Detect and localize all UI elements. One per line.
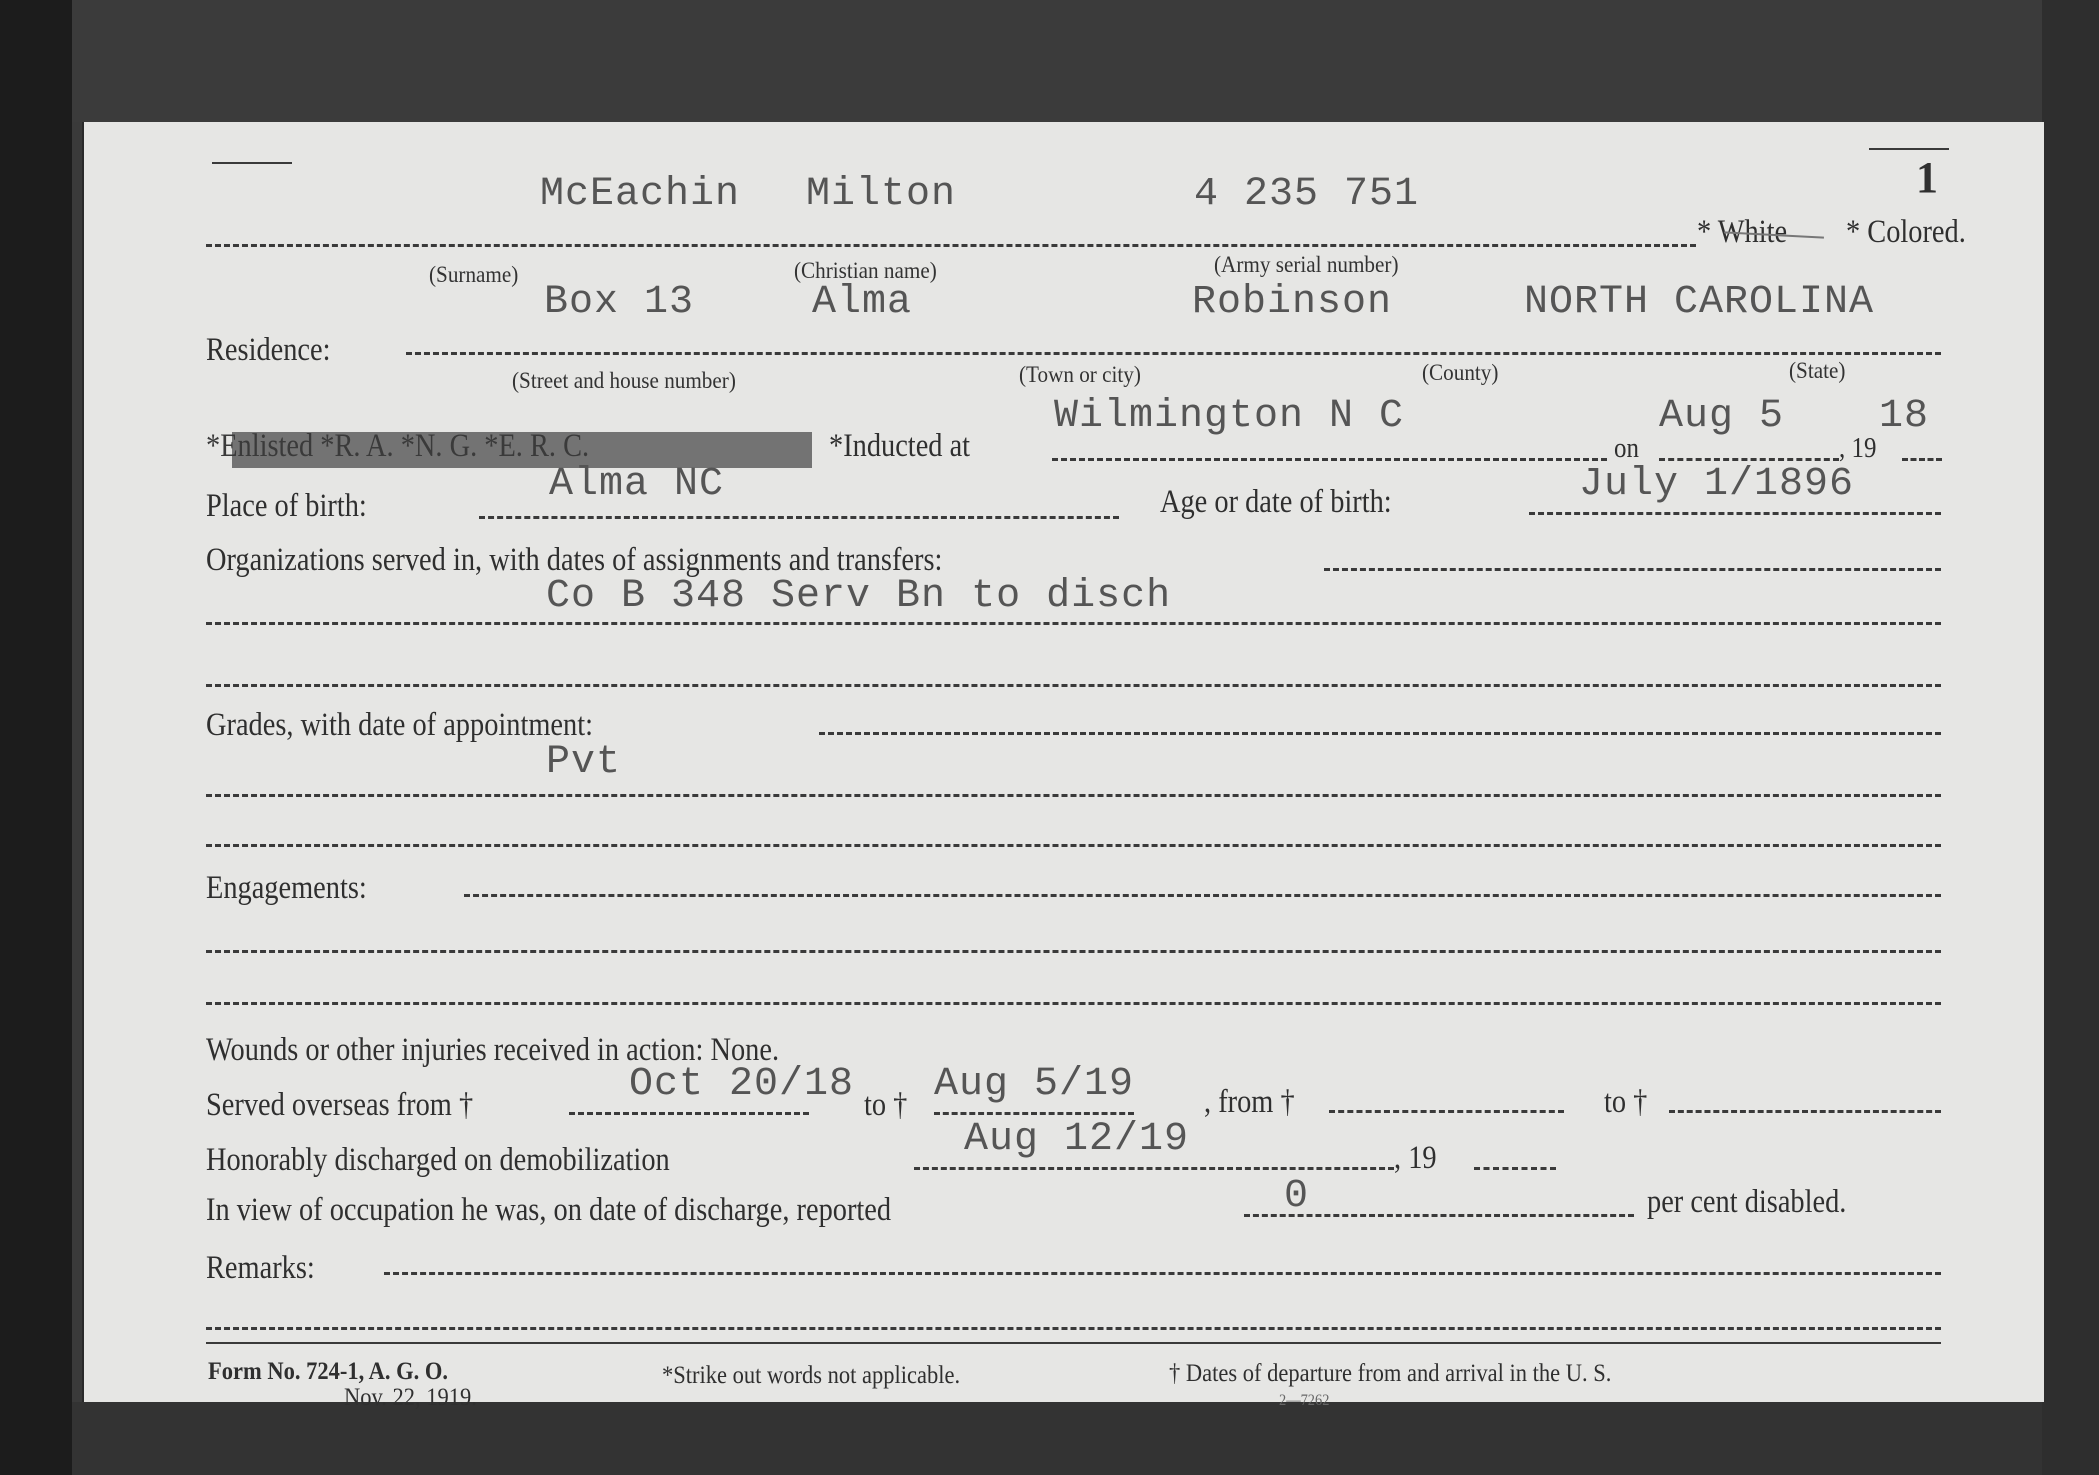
service-record-card: 1 McEachin Milton 4 235 751 * White * Co… [82,122,2044,1402]
scan-background-bottom [72,1402,2099,1475]
remarks-label: Remarks: [206,1250,315,1287]
scan-background-right [2042,0,2099,1475]
grades-label: Grades, with date of appointment: [206,707,593,744]
residence-town-value: Alma [812,280,912,325]
birth-place-value: Alma NC [549,462,724,507]
christian-name-value: Milton [806,172,956,217]
overseas-to-date: Aug 5/19 [934,1062,1134,1107]
discharge-year-line [1474,1167,1556,1170]
serial-number-value: 4 235 751 [1194,172,1419,217]
overseas-to2-line [1669,1110,1941,1113]
label-surname: (Surname) [429,262,518,288]
served-overseas-label: Served overseas from † [206,1087,473,1124]
inducted-at-label: *Inducted at [829,428,970,465]
overseas-from2-line [1329,1110,1564,1113]
discharge-date-value: Aug 12/19 [964,1117,1189,1162]
top-right-rule [1869,148,1949,150]
overseas-from-date: Oct 20/18 [629,1062,854,1107]
discharge-date-line [914,1167,1394,1170]
overseas-to-line [934,1112,1134,1115]
inducted-place-line [1052,458,1607,461]
overseas-to2-label: to † [1604,1084,1647,1121]
residence-label: Residence: [206,332,331,369]
remarks-line-2 [206,1327,1941,1330]
grades-line-2 [206,794,1941,797]
induction-year-value: 18 [1879,394,1929,439]
organizations-line-3 [206,684,1941,687]
place-of-birth-label: Place of birth: [206,488,367,525]
card-number: 1 [1916,152,1938,203]
footer-rule [206,1342,1941,1344]
dagger-note: † Dates of departure from and arrival in… [1169,1360,1611,1388]
engagements-line-1 [464,894,1941,897]
scan-background-left [0,0,72,1475]
residence-street-value: Box 13 [544,280,694,325]
name-line [206,244,1696,247]
discharge-label: Honorably discharged on demobilization [206,1142,670,1179]
overseas-to-label: to † [864,1087,907,1124]
label-serial-number: (Army serial number) [1214,252,1399,278]
scan-background-top [72,0,2099,122]
disability-label: In view of occupation he was, on date of… [206,1192,891,1229]
year-prefix-label: , 19 [1839,432,1876,465]
surname-value: McEachin [540,172,740,217]
age-label: Age or date of birth: [1160,484,1392,521]
disability-suffix: per cent disabled. [1647,1184,1846,1221]
grades-value: Pvt [546,740,621,785]
label-street: (Street and house number) [512,368,736,394]
race-option-colored: * Colored. [1846,214,1966,251]
residence-line [406,352,1941,355]
disability-line [1244,1214,1634,1217]
organizations-line-1 [1324,568,1941,571]
strike-note: *Strike out words not applicable. [662,1362,960,1390]
enlistment-status-options: *Enlisted *R. A. *N. G. *E. R. C. [206,428,589,465]
birth-date-value: July 1/1896 [1579,462,1854,507]
form-date: Nov. 22, 1919. [344,1384,477,1412]
overseas-from-line [569,1112,809,1115]
organizations-value: Co B 348 Serv Bn to disch [546,574,1171,619]
grades-line-3 [206,844,1941,847]
engagements-line-2 [206,950,1941,953]
label-county: (County) [1422,360,1498,386]
label-town: (Town or city) [1019,362,1141,388]
induction-year-line [1902,458,1942,461]
form-number: Form No. 724-1, A. G. O. [208,1358,448,1386]
birth-date-line [1529,512,1941,515]
top-left-rule [212,162,292,164]
inducted-place-value: Wilmington N C [1054,394,1404,439]
disability-value: 0 [1284,1174,1309,1219]
engagements-line-3 [206,1002,1941,1005]
overseas-from2-label: , from † [1204,1084,1295,1121]
induction-date-line [1659,458,1839,461]
residence-state-value: NORTH CAROLINA [1524,280,1874,325]
remarks-line-1 [384,1272,1941,1275]
engagements-label: Engagements: [206,870,367,907]
birth-place-line [479,516,1119,519]
discharge-year-label: , 19 [1394,1140,1437,1177]
grades-line-1 [819,732,1941,735]
induction-date-value: Aug 5 [1659,394,1784,439]
label-state: (State) [1789,358,1845,384]
on-label: on [1614,432,1639,465]
residence-county-value: Robinson [1192,280,1392,325]
organizations-line-2 [206,622,1941,625]
print-code: 2—7262 [1279,1392,1329,1410]
